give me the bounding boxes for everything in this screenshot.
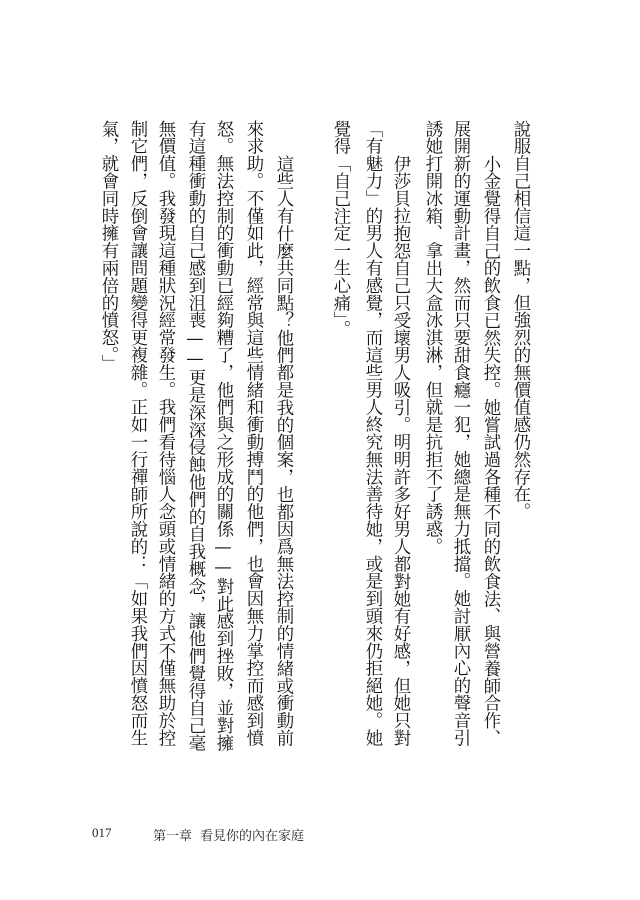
page-number: 017 bbox=[92, 825, 112, 841]
text-column-6: 「有魅力」的男人有感覺，而這些男人終究無法善待她，或是到頭來仍拒絕她。她 bbox=[358, 120, 386, 750]
text-column-3: 展開新的運動計畫，然而只要甜食癮一犯，她總是無力抵擋。她討厭內心的聲音引 bbox=[446, 120, 474, 750]
text-column-14: 氣，就會同時擁有兩倍的憤怒。」 bbox=[94, 120, 122, 750]
text-column-5-paragraph-start: 伊莎貝拉抱怨自己只受壞男人吸引。明明許多好男人都對她有好感，但她只對 bbox=[386, 120, 414, 785]
chapter-label: 第一章 bbox=[153, 825, 192, 844]
chapter-title: 看見你的內在家庭 bbox=[200, 825, 304, 844]
text-column-10: 怒。無法控制的衝動已經夠糟了，他們與之形成的關係——對此感到挫敗，並對擁 bbox=[209, 120, 237, 750]
text-column-9: 來求助。不僅如此，經常與這些情緒和衝動搏鬥的他們，也會因無力掌控而感到憤 bbox=[239, 120, 267, 750]
text-column-13: 制它們，反倒會讓問題變得更複雜。正如一行禪師所說的：「如果我們因憤怒而生 bbox=[123, 120, 151, 750]
text-column-12: 無價值。我發現這種狀況經常發生。我們看待惱人念頭或情緒的方式不僅無助於控 bbox=[151, 120, 179, 750]
text-column-7: 覺得「自己注定一生心痛」。 bbox=[326, 120, 354, 750]
text-column-8-paragraph-start: 這些人有什麼共同點？他們都是我的個案，也都因爲無法控制的情緒或衝動前 bbox=[269, 120, 297, 785]
text-column-2-paragraph-start: 小金覺得自己的飲食已然失控。她嘗試過各種不同的飲食法、與營養師合作、 bbox=[476, 120, 504, 785]
text-column-4: 誘她打開冰箱、拿出大盒冰淇淋，但就是抗拒不了誘惑。 bbox=[418, 120, 446, 750]
text-column-11: 有這種衝動的自己感到沮喪——更是深深侵蝕他們的自我概念，讓他們覺得自己毫 bbox=[181, 120, 209, 750]
text-column-1: 說服自己相信這一點，但強烈的無價值感仍然存在。 bbox=[506, 120, 534, 750]
book-page: 說服自己相信這一點，但強烈的無價值感仍然存在。 小金覺得自己的飲食已然失控。她嘗… bbox=[0, 0, 640, 900]
